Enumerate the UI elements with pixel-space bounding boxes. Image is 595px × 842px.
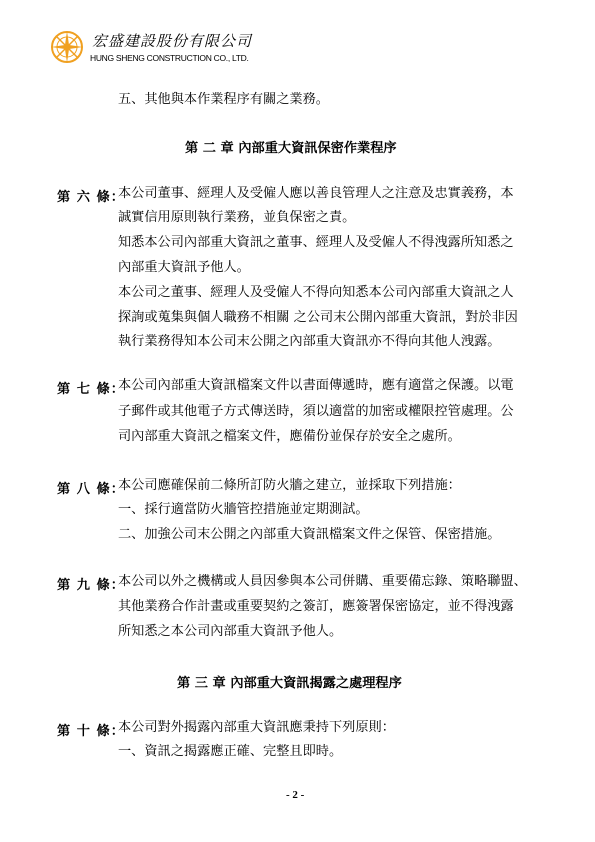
article-10-line: 一、資訊之揭露應正確、完整且即時。 (118, 744, 342, 760)
company-name-chinese: 宏盛建設股份有限公司 (92, 30, 252, 51)
article-9-line: 所知悉之本公司內部重大資訊予他人。 (118, 624, 342, 640)
document-header: 宏盛建設股份有限公司 HUNG SHENG CONSTRUCTION CO., … (50, 28, 290, 68)
article-9-line: 本公司以外之機構或人員因參與本公司併購、重要備忘錄、策略聯盟、 (118, 574, 527, 590)
article-7-line: 司內部重大資訊之檔案文件，應備份並保存於安全之處所。 (118, 429, 461, 445)
article-8-line: 二、加強公司末公開之內部重大資訊檔案文件之保管、保密措施。 (118, 527, 500, 543)
article-9-label: 第 九 條： (57, 574, 125, 593)
chapter-2-title: 第 二 章 內部重大資訊保密作業程序 (185, 137, 397, 156)
article-6-line: 本公司董事、經理人及受僱人應以善良管理人之注意及忠實義務，本 (118, 186, 514, 202)
intro-item: 五、其他與本作業程序有關之業務。 (118, 92, 329, 108)
article-6-line: 誠實信用原則執行業務，並負保密之責。 (118, 210, 355, 226)
article-8-line: 一、採行適當防火牆管控措施並定期測試。 (118, 502, 369, 518)
article-7-line: 子郵件或其他電子方式傳送時，須以適當的加密或權限控管處理。公 (118, 404, 514, 420)
article-6-line: 執行業務得知本公司末公開之內部重大資訊亦不得向其他人洩露。 (118, 334, 500, 350)
article-7-label: 第 七 條： (57, 378, 125, 397)
article-10-label: 第 十 條： (57, 720, 125, 739)
article-6-line: 知悉本公司內部重大資訊之董事、經理人及受僱人不得洩露所知悉之 (118, 235, 514, 251)
compass-logo-icon (50, 30, 84, 64)
article-6-line: 本公司之董事、經理人及受僱人不得向知悉本公司內部重大資訊之人 (118, 285, 514, 301)
article-9-line: 其他業務合作計畫或重要契約之簽訂，應簽署保密協定，並不得洩露 (118, 599, 514, 615)
article-6-line: 內部重大資訊予他人。 (118, 260, 250, 276)
article-8-line: 本公司應確保前二條所訂防火牆之建立，並採取下列措施： (118, 478, 461, 494)
article-8-label: 第 八 條： (57, 478, 125, 497)
company-name-english: HUNG SHENG CONSTRUCTION CO., LTD. (90, 53, 249, 63)
article-6-label: 第 六 條： (57, 186, 125, 205)
article-7-line: 本公司內部重大資訊檔案文件以書面傳遞時，應有適當之保護。以電 (118, 378, 514, 394)
chapter-3-title: 第 三 章 內部重大資訊揭露之處理程序 (177, 672, 402, 691)
article-6-line: 探詢或蒐集與個人職務不相關 之公司末公開內部重大資訊，對於非因 (118, 310, 518, 326)
article-10-line: 本公司對外揭露內部重大資訊應秉持下列原則： (118, 720, 395, 736)
page-number: - 2 - (286, 789, 304, 801)
